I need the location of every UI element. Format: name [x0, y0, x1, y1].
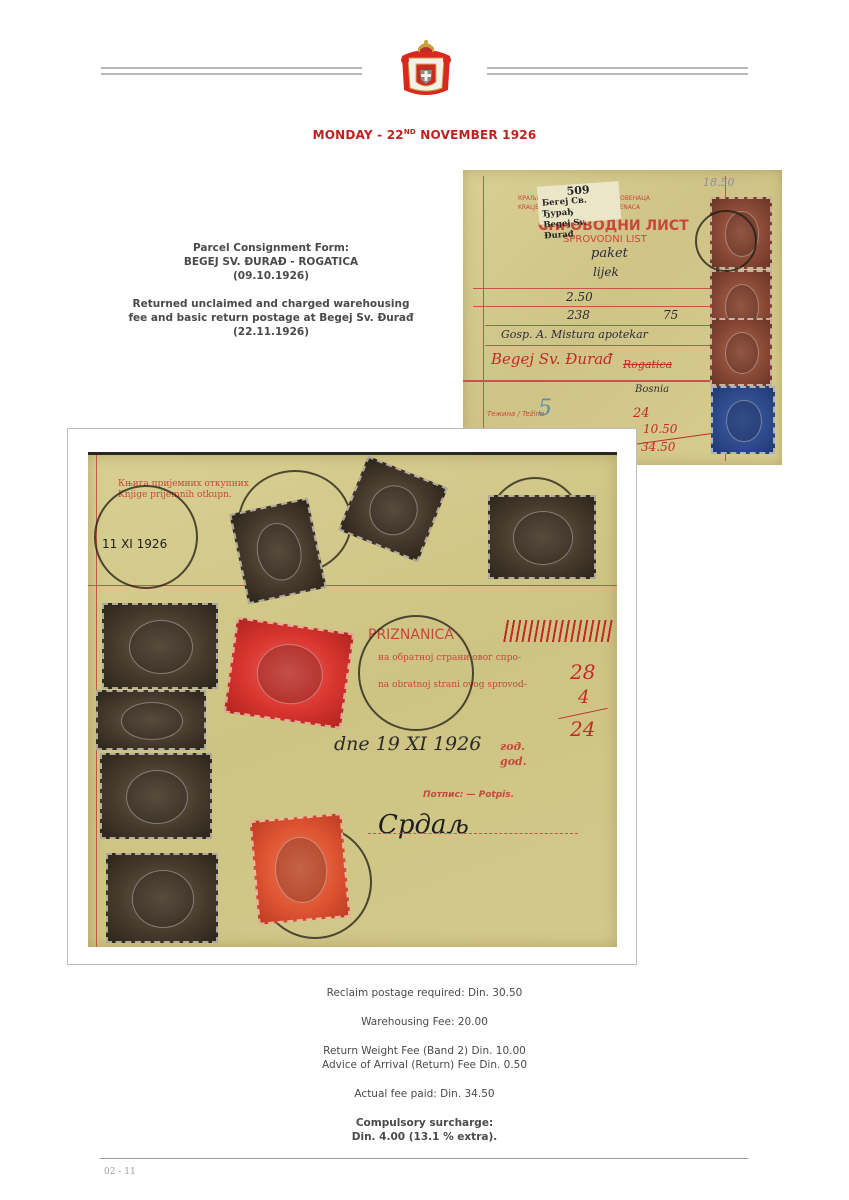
- postmark-center: [358, 615, 474, 731]
- stamp-50-5: [96, 690, 206, 750]
- weight-kg: 5: [538, 396, 552, 421]
- form-section-line: [463, 380, 722, 382]
- caption-title: Parcel Consignment Form:: [128, 241, 414, 255]
- signature-label: Потпис: — Potpis.: [423, 790, 514, 800]
- addressee: Gosp. A. Mistura apotekar: [501, 328, 648, 341]
- content-handwriting-2: lijek: [593, 265, 619, 279]
- caption-date: (09.10.1926): [128, 269, 414, 283]
- return-weight-fee: Return Weight Fee (Band 2) Din. 10.00: [220, 1044, 629, 1058]
- form-row-line: [485, 325, 722, 326]
- stamp-50-3: [488, 495, 596, 579]
- stamp-brown-3: [710, 318, 772, 386]
- cod-din: 238: [567, 308, 590, 322]
- office-label: 509 Бегеј Св. Ђурађ Begej Sv. Đurađ: [537, 181, 621, 225]
- actual-fee-paid: Actual fee paid: Din. 34.50: [220, 1087, 629, 1101]
- form-row-line: [485, 345, 722, 346]
- signature-line: [368, 833, 578, 834]
- return-to-office: Begej Sv. Đurađ: [491, 350, 613, 368]
- receipt-image: Књига пријемних откупних Knjige prijemni…: [88, 452, 617, 947]
- stamp-red: [224, 617, 354, 728]
- caption-note-line1: Returned unclaimed and charged warehousi…: [128, 297, 414, 311]
- header-rule-right: [487, 67, 748, 75]
- date-month-year: NOVEMBER 1926: [416, 128, 537, 142]
- caption-note-date: (22.11.1926): [128, 325, 414, 339]
- signature: Срдаљ: [378, 810, 469, 840]
- reclaim-postage: Reclaim postage required: Din. 30.50: [220, 986, 629, 1000]
- date-heading: MONDAY - 22ND NOVEMBER 1926: [0, 128, 849, 142]
- stamp-50-7: [106, 853, 218, 943]
- red-hatching: [503, 620, 613, 642]
- handwritten-date: dne 19 XI 1926: [334, 733, 481, 755]
- fee-line-2: 10.50: [643, 422, 677, 436]
- stamp-orange: [250, 813, 351, 925]
- postmark-date: 11 XI 1926: [102, 537, 167, 551]
- region-note: Bosnia: [635, 384, 669, 395]
- form-row-line: [473, 288, 722, 289]
- form-margin-line: [483, 176, 484, 461]
- caption-note-line2: fee and basic return postage at Begej Sv…: [128, 311, 414, 325]
- receipt-red-line: [88, 585, 617, 586]
- caption-route: BEGEJ SV. ĐURAĐ - ROGATICA: [128, 255, 414, 269]
- destination-struck: Rogatica: [623, 358, 672, 371]
- header-rule-left: [101, 67, 362, 75]
- stamp-50-2: [338, 456, 448, 562]
- red-figure-3: 24: [570, 717, 595, 741]
- stamp-50-6: [100, 753, 212, 839]
- cod-para: 75: [663, 308, 678, 322]
- fee-total: 34.50: [641, 440, 675, 454]
- weight-label: Тежина / Težina: [487, 410, 544, 418]
- page-number: 02 - 11: [104, 1167, 136, 1177]
- value-din: 2.50: [566, 290, 593, 304]
- form-row-line: [473, 306, 722, 307]
- postmark: [695, 210, 757, 272]
- red-figure-2: 4: [578, 687, 589, 708]
- advice-of-arrival-fee: Advice of Arrival (Return) Fee Din. 0.50: [220, 1058, 629, 1072]
- surcharge-value: Din. 4.00 (13.1 % extra).: [220, 1130, 629, 1144]
- footer-rule: [100, 1158, 748, 1159]
- coat-of-arms-icon: [398, 38, 454, 100]
- date-day: MONDAY - 22: [313, 128, 404, 142]
- surcharge-title: Compulsory surcharge:: [220, 1116, 629, 1130]
- corner-note: 18.50: [703, 176, 735, 189]
- fee-line-1: 24: [633, 406, 650, 421]
- caption-block: Parcel Consignment Form: BEGEJ SV. ĐURAĐ…: [128, 241, 414, 339]
- date-ordinal: ND: [404, 128, 416, 136]
- stamp-blue: [711, 386, 775, 454]
- god-lat: god.: [500, 755, 527, 768]
- stamp-50-4: [102, 603, 218, 689]
- warehousing-fee: Warehousing Fee: 20.00: [220, 1015, 629, 1029]
- fee-summary: Reclaim postage required: Din. 30.50 War…: [220, 986, 629, 1144]
- content-handwriting: paket: [591, 246, 628, 261]
- consignment-form-image: КРАЉЕВИНА СРБА, ХРВАТА И СЛОВЕНАЦА KRALJ…: [463, 170, 782, 465]
- god-cyr: год.: [500, 740, 525, 753]
- red-figure-1: 28: [570, 660, 595, 684]
